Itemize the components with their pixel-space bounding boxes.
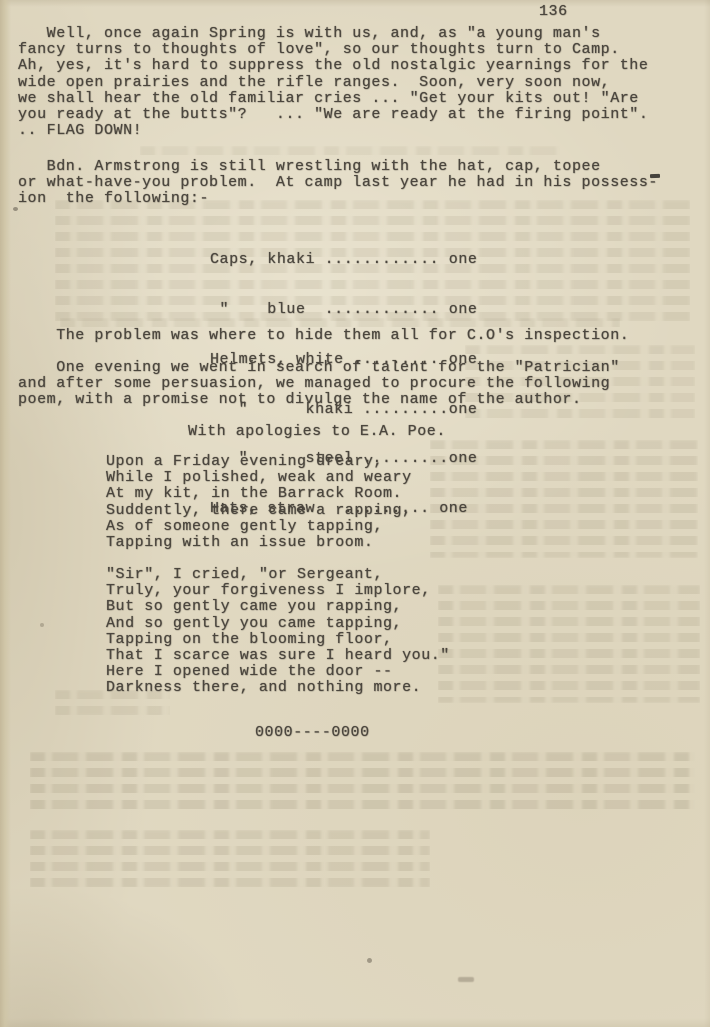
bleedthrough-artifact [30,752,695,814]
paper-speck [367,958,372,963]
paragraph-talent-search: One evening we went in search of talent … [18,360,620,409]
paragraph-armstrong: Bdn. Armstrong is still wrestling with t… [18,159,658,208]
section-divider: 0000----0000 [255,725,370,741]
bleedthrough-artifact [438,585,700,703]
kit-list-line: " blue ............ one [210,302,477,319]
page-number: 136 [539,4,568,20]
poem-attribution: With apologies to E.A. Poe. [188,424,446,440]
kit-list-line: Caps, khaki ............ one [210,252,477,269]
scanned-typewritten-page: 136 Well, once again Spring is with us, … [0,0,710,1027]
paper-speck [40,623,44,627]
paragraph-spring-camp: Well, once again Spring is with us, and,… [18,26,648,139]
poem-stanza-2: "Sir", I cried, "or Sergeant, Truly, you… [106,567,450,697]
paragraph-problem: The problem was where to hide them all f… [18,328,629,344]
bleedthrough-artifact [30,830,430,888]
paper-speck [458,977,474,982]
page-binding-edge [0,0,11,1027]
poem-stanza-1: Upon a Friday evening dreary, While I po… [106,454,412,551]
